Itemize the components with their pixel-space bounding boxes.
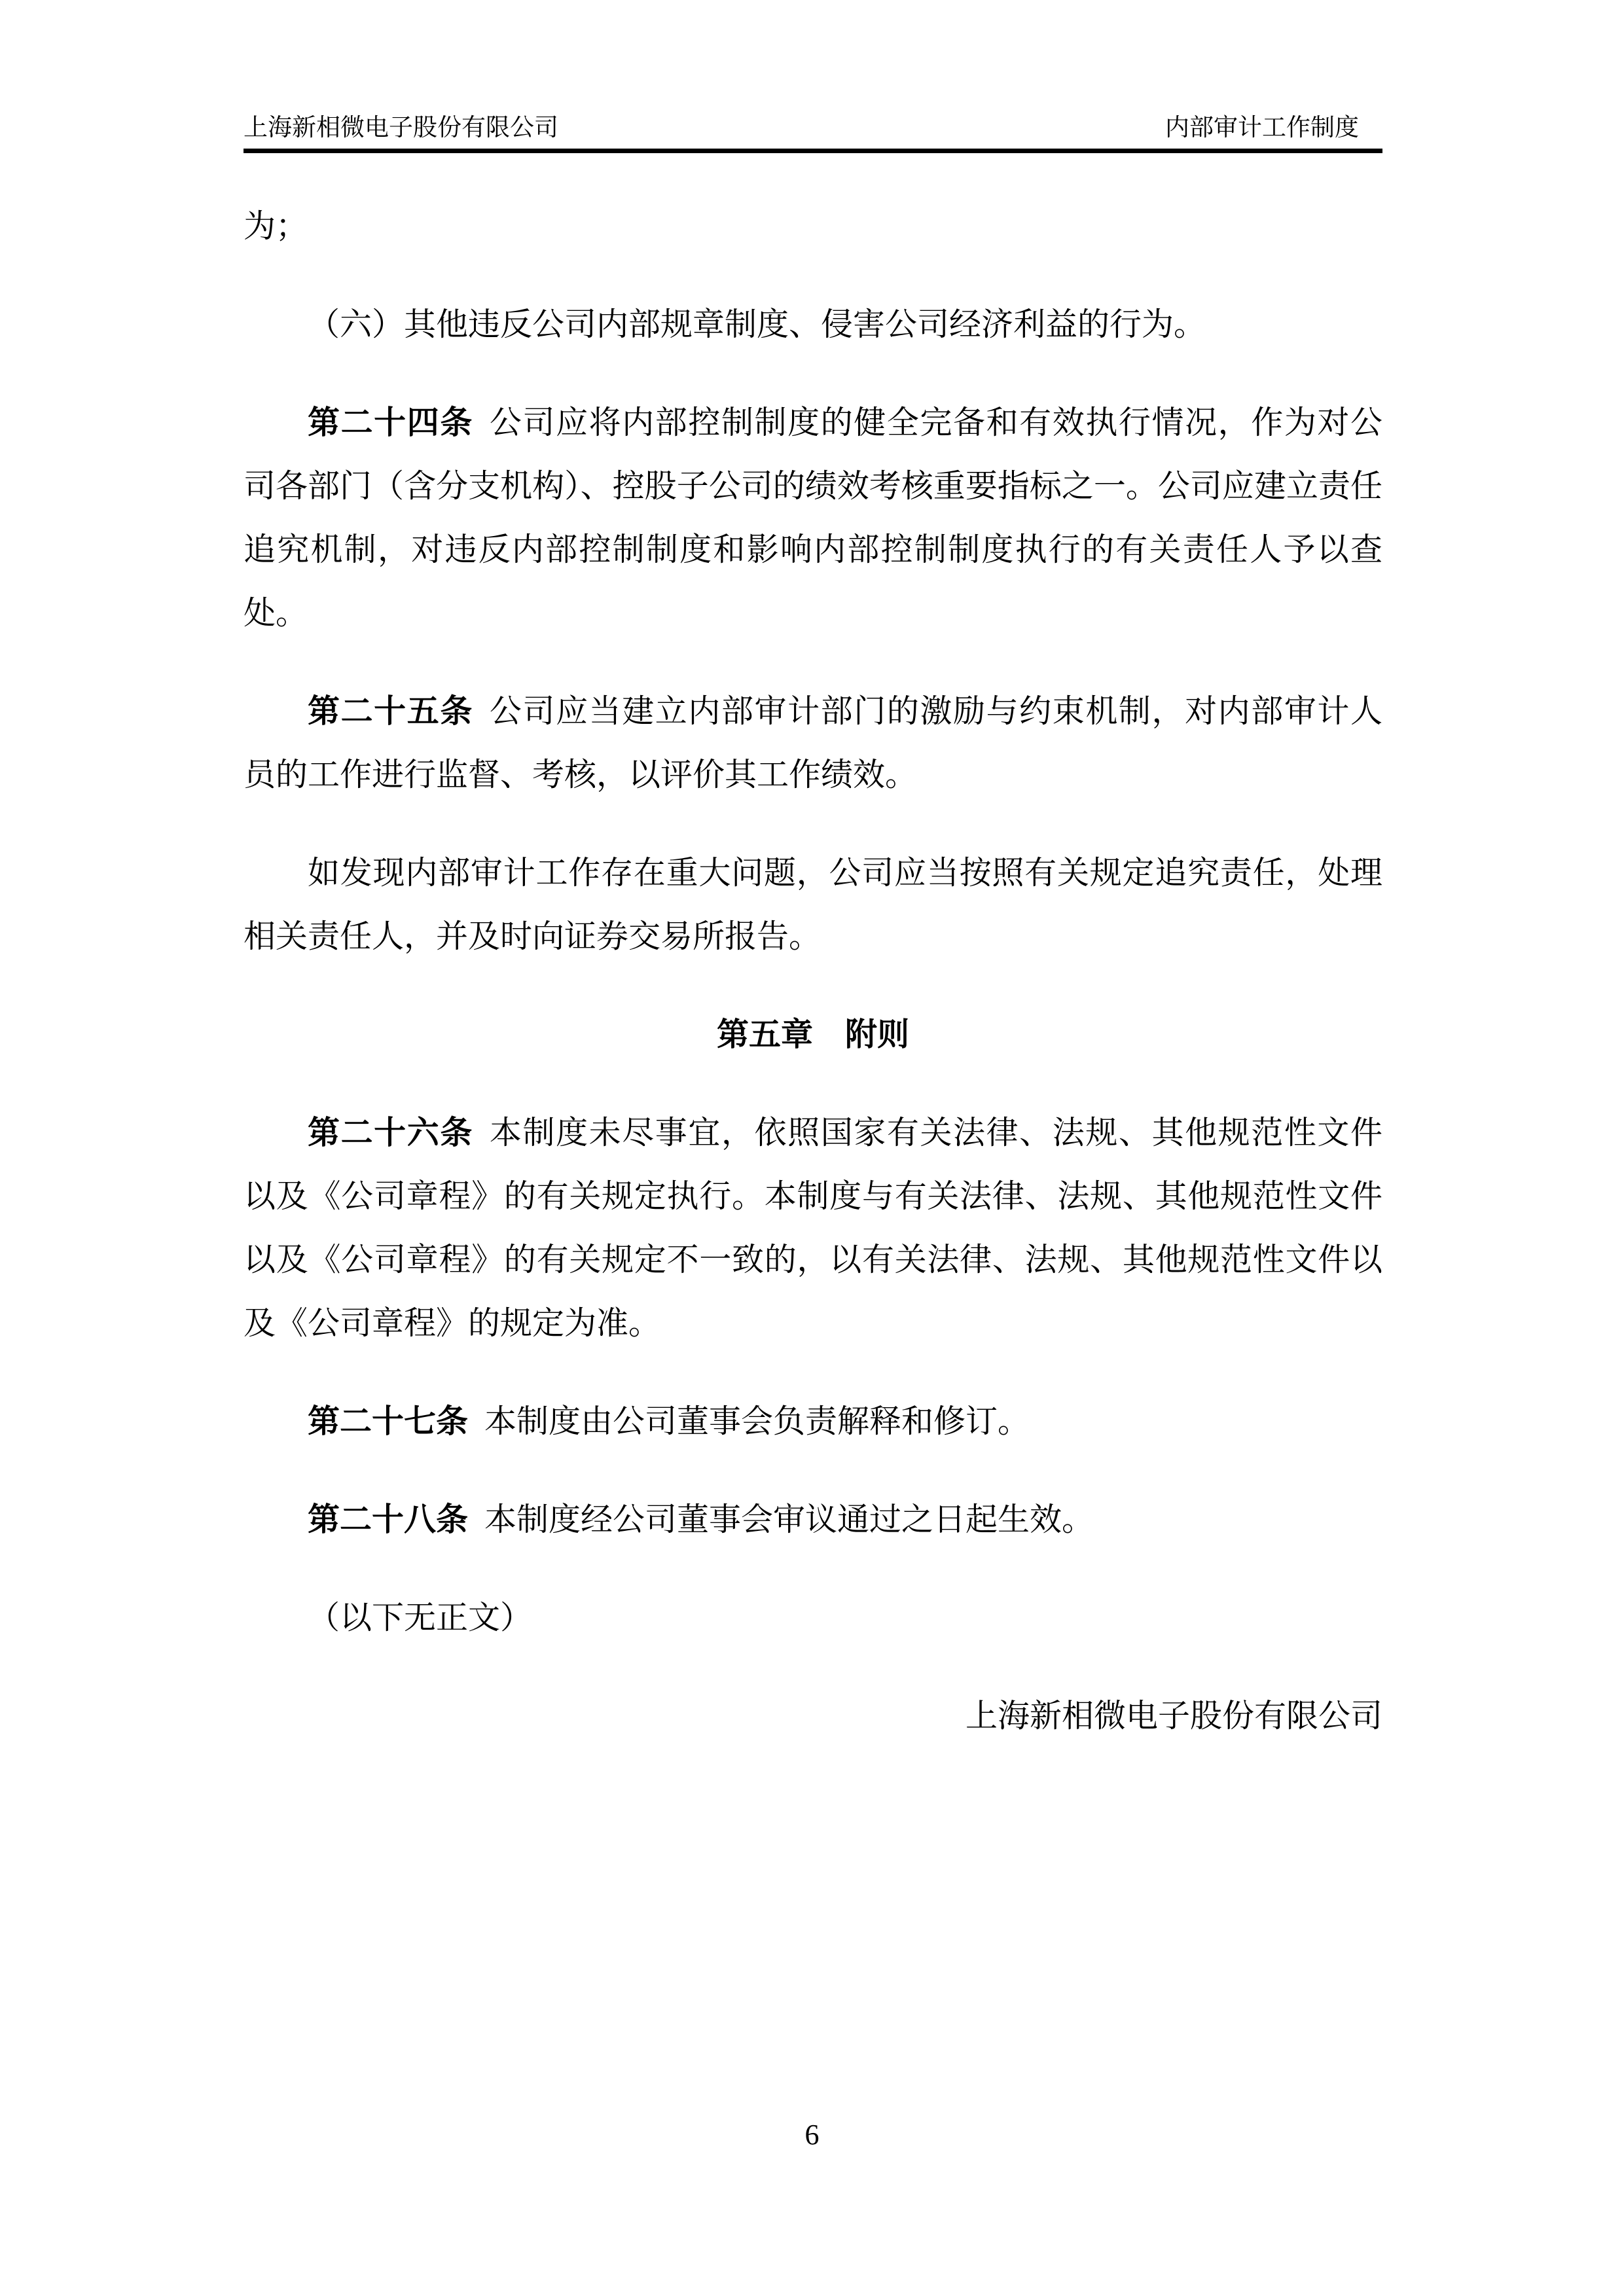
signature-company-name: 上海新相微电子股份有限公司 <box>244 1684 1382 1748</box>
paragraph-no-more-text-note: （以下无正文） <box>244 1586 1382 1649</box>
article-25-label: 第二十五条 <box>308 693 473 729</box>
article-26-label: 第二十六条 <box>308 1115 473 1151</box>
header-document-title: 内部审计工作制度 <box>1165 114 1359 143</box>
document-page: 上海新相微电子股份有限公司 内部审计工作制度 为； （六）其他违反公司内部规章制… <box>0 0 1624 2296</box>
paragraph-article-28: 第二十八条本制度经公司董事会审议通过之日起生效。 <box>244 1488 1382 1551</box>
article-24-label: 第二十四条 <box>308 404 473 440</box>
page-footer: 6 <box>0 2118 1624 2152</box>
paragraph-article-24: 第二十四条公司应将内部控制制度的健全完备和有效执行情况，作为对公司各部门（含分支… <box>244 391 1382 645</box>
document-body: 为； （六）其他违反公司内部规章制度、侵害公司经济利益的行为。 第二十四条公司应… <box>244 194 1382 1748</box>
article-27-text: 本制度由公司董事会负责解释和修订。 <box>484 1403 1030 1439</box>
page-number: 6 <box>805 2119 820 2151</box>
paragraph-continuation: 为； <box>244 194 1382 258</box>
header-company-name: 上海新相微电子股份有限公司 <box>244 114 558 143</box>
paragraph-item-six: （六）其他违反公司内部规章制度、侵害公司经济利益的行为。 <box>244 293 1382 356</box>
paragraph-article-27: 第二十七条本制度由公司董事会负责解释和修订。 <box>244 1390 1382 1453</box>
chapter-heading: 第五章 附则 <box>244 1003 1382 1066</box>
page-header: 上海新相微电子股份有限公司 内部审计工作制度 <box>244 114 1382 153</box>
article-28-text: 本制度经公司董事会审议通过之日起生效。 <box>484 1501 1094 1537</box>
article-27-label: 第二十七条 <box>308 1403 468 1439</box>
paragraph-article-25: 第二十五条公司应当建立内部审计部门的激励与约束机制，对内部审计人员的工作进行监督… <box>244 679 1382 806</box>
paragraph-article-26: 第二十六条本制度未尽事宜，依照国家有关法律、法规、其他规范性文件以及《公司章程》… <box>244 1101 1382 1355</box>
paragraph-audit-problem: 如发现内部审计工作存在重大问题，公司应当按照有关规定追究责任，处理相关责任人，并… <box>244 841 1382 968</box>
article-28-label: 第二十八条 <box>308 1501 468 1537</box>
